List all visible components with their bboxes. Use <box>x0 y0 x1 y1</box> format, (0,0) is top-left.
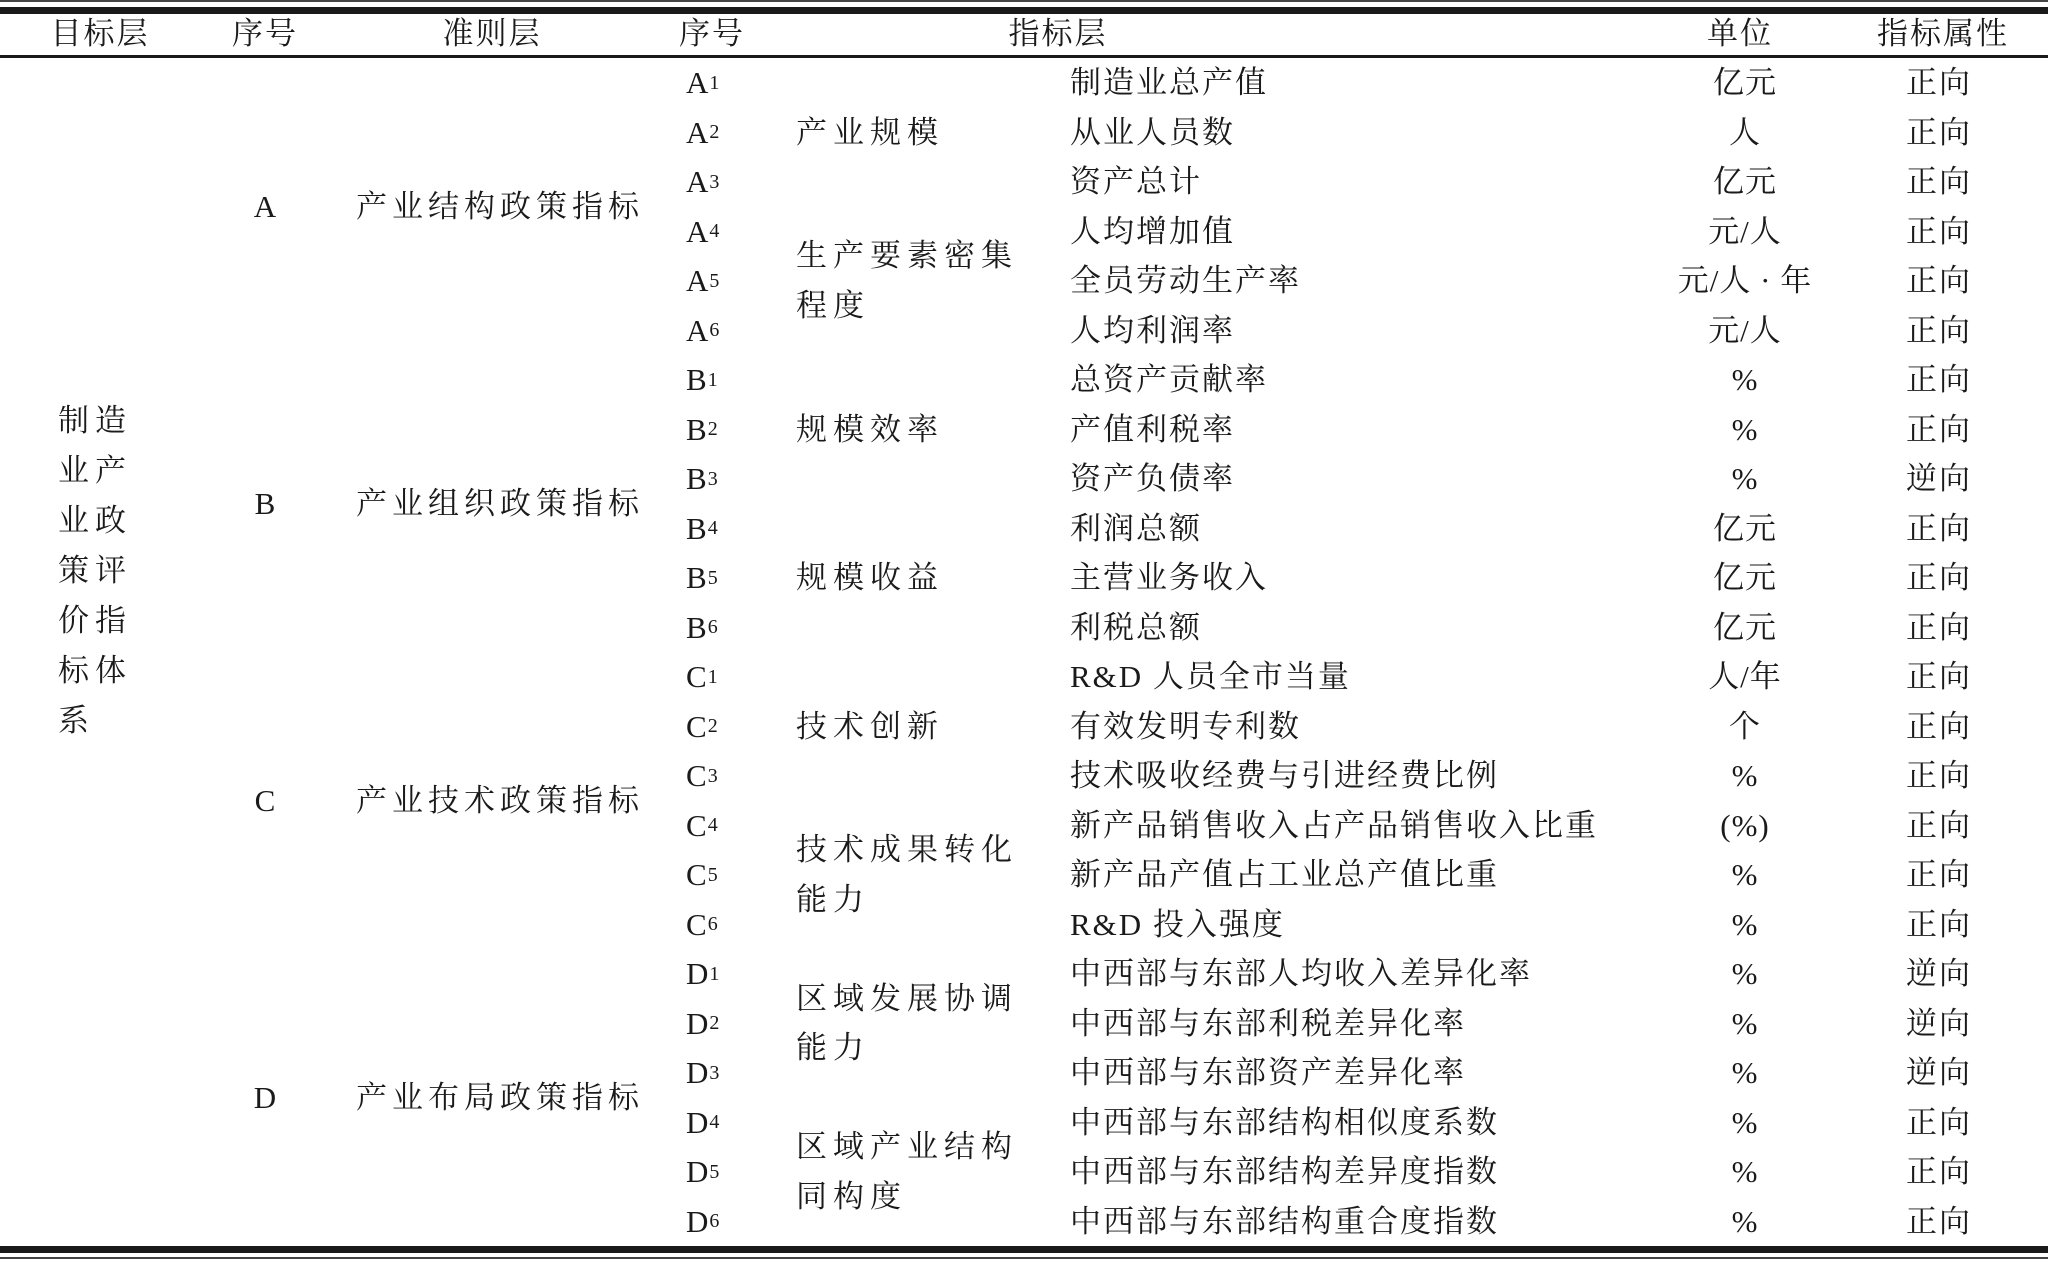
unit-value: 人/年 <box>1660 652 1830 702</box>
unit-value: % <box>1660 999 1830 1049</box>
indicator-system-table: 目标层 序号 准则层 序号 指标层 单位 指标属性 制造 业产 业政 策评 价指… <box>0 0 2048 1264</box>
unit-value: 亿元 <box>1660 157 1830 207</box>
attribute-value: 正向 <box>1830 652 2048 702</box>
unit-value: % <box>1660 900 1830 950</box>
attribute-value: 正向 <box>1830 751 2048 801</box>
attribute-value: 正向 <box>1830 603 2048 653</box>
indicator-name: 中西部与东部结构相似度系数 <box>1060 1098 1660 1148</box>
attribute-value: 正向 <box>1830 256 2048 306</box>
group-label: 规模效率 <box>780 355 1060 504</box>
unit-value: % <box>1660 355 1830 405</box>
indicator-code: A1 <box>660 58 780 108</box>
criterion-seq-b: B <box>190 355 340 652</box>
indicator-code: B3 <box>660 454 780 504</box>
table-body: 制造 业产 业政 策评 价指 标体 系 A 产业结构政策指标 B 产业组织政策指… <box>0 58 2048 1246</box>
attribute-value: 逆向 <box>1830 1048 2048 1098</box>
header-criterion-layer: 准则层 <box>443 17 542 51</box>
indicator-name: 利润总额 <box>1060 504 1660 554</box>
attribute-value: 正向 <box>1830 405 2048 455</box>
indicator-code: B1 <box>660 355 780 405</box>
group-label: 区域产业结构 同构度 <box>780 1098 1060 1247</box>
indicator-name: 新产品销售收入占产品销售收入比重 <box>1060 801 1660 851</box>
header-target-layer: 目标层 <box>51 17 150 51</box>
indicator-code: C4 <box>660 801 780 851</box>
indicator-code: C3 <box>660 751 780 801</box>
attribute-value: 正向 <box>1830 1098 2048 1148</box>
indicator-name: 主营业务收入 <box>1060 553 1660 603</box>
criterion-label-d: 产业布局政策指标 <box>340 949 660 1246</box>
header-indicator-layer: 指标层 <box>1009 17 1108 51</box>
bottom-thick-rule <box>0 1246 2048 1253</box>
unit-value: 亿元 <box>1660 504 1830 554</box>
unit-value: % <box>1660 1197 1830 1247</box>
indicator-code: D6 <box>660 1197 780 1247</box>
attribute-value: 正向 <box>1830 553 2048 603</box>
indicator-name: R&D 投入强度 <box>1060 900 1660 950</box>
indicator-name: 中西部与东部资产差异化率 <box>1060 1048 1660 1098</box>
top-thick-rule <box>0 7 2048 14</box>
attribute-value: 正向 <box>1830 850 2048 900</box>
criterion-seq-d: D <box>190 949 340 1246</box>
indicator-code: C5 <box>660 850 780 900</box>
unit-value: % <box>1660 751 1830 801</box>
criterion-label-b: 产业组织政策指标 <box>340 355 660 652</box>
criterion-seq-c: C <box>190 652 340 949</box>
header-attribute: 指标属性 <box>1877 17 2009 51</box>
indicator-name: 中西部与东部利税差异化率 <box>1060 999 1660 1049</box>
group-label: 区域发展协调 能力 <box>780 949 1060 1098</box>
indicator-name: 中西部与东部结构重合度指数 <box>1060 1197 1660 1247</box>
group-label: 技术创新 <box>780 652 1060 801</box>
criterion-label-c: 产业技术政策指标 <box>340 652 660 949</box>
indicator-name: 全员劳动生产率 <box>1060 256 1660 306</box>
unit-value: % <box>1660 850 1830 900</box>
attribute-value: 正向 <box>1830 108 2048 158</box>
unit-value: 元/人 <box>1660 306 1830 356</box>
indicator-name: 资产总计 <box>1060 157 1660 207</box>
unit-value: % <box>1660 949 1830 999</box>
unit-value: 元/人 · 年 <box>1660 256 1830 306</box>
indicator-code: B5 <box>660 553 780 603</box>
header-seq-2: 序号 <box>679 17 745 51</box>
target-layer-cell: 制造 业产 业政 策评 价指 标体 系 <box>0 58 190 1246</box>
indicator-name: 产值利税率 <box>1060 405 1660 455</box>
attribute-value: 正向 <box>1830 306 2048 356</box>
indicator-name: R&D 人员全市当量 <box>1060 652 1660 702</box>
indicator-code: A5 <box>660 256 780 306</box>
unit-value: 亿元 <box>1660 553 1830 603</box>
attribute-value: 正向 <box>1830 702 2048 752</box>
target-layer-text: 制造 业产 业政 策评 价指 标体 系 <box>58 396 132 746</box>
group-label: 技术成果转化 能力 <box>780 801 1060 950</box>
attribute-value: 正向 <box>1830 1147 2048 1197</box>
indicator-code: C2 <box>660 702 780 752</box>
indicator-name: 新产品产值占工业总产值比重 <box>1060 850 1660 900</box>
attribute-value: 正向 <box>1830 900 2048 950</box>
unit-value: % <box>1660 405 1830 455</box>
indicator-name: 利税总额 <box>1060 603 1660 653</box>
unit-value: 元/人 <box>1660 207 1830 257</box>
attribute-value: 正向 <box>1830 801 2048 851</box>
indicator-name: 人均利润率 <box>1060 306 1660 356</box>
indicator-code: D3 <box>660 1048 780 1098</box>
attribute-value: 正向 <box>1830 207 2048 257</box>
group-label: 规模收益 <box>780 504 1060 653</box>
indicator-name: 总资产贡献率 <box>1060 355 1660 405</box>
unit-value: 亿元 <box>1660 603 1830 653</box>
indicator-code: B6 <box>660 603 780 653</box>
indicator-code: D1 <box>660 949 780 999</box>
attribute-value: 正向 <box>1830 1197 2048 1247</box>
indicator-name: 人均增加值 <box>1060 207 1660 257</box>
unit-value: 个 <box>1660 702 1830 752</box>
indicator-name: 资产负债率 <box>1060 454 1660 504</box>
group-label: 产业规模 <box>780 58 1060 207</box>
unit-value: % <box>1660 1147 1830 1197</box>
attribute-value: 正向 <box>1830 58 2048 108</box>
indicator-name: 技术吸收经费与引进经费比例 <box>1060 751 1660 801</box>
criterion-seq-a: A <box>190 58 340 355</box>
indicator-code: C1 <box>660 652 780 702</box>
bottom-thin-rule <box>0 1257 2048 1259</box>
header-unit: 单位 <box>1707 17 1773 51</box>
indicator-code: B2 <box>660 405 780 455</box>
indicator-code: A3 <box>660 157 780 207</box>
header-seq-1: 序号 <box>232 17 298 51</box>
attribute-value: 正向 <box>1830 355 2048 405</box>
indicator-code: D5 <box>660 1147 780 1197</box>
attribute-value: 正向 <box>1830 157 2048 207</box>
indicator-code: D4 <box>660 1098 780 1148</box>
indicator-name: 制造业总产值 <box>1060 58 1660 108</box>
criterion-label-a: 产业结构政策指标 <box>340 58 660 355</box>
group-label: 生产要素密集 程度 <box>780 207 1060 356</box>
unit-value: % <box>1660 1098 1830 1148</box>
indicator-name: 有效发明专利数 <box>1060 702 1660 752</box>
attribute-value: 逆向 <box>1830 949 2048 999</box>
attribute-value: 逆向 <box>1830 454 2048 504</box>
indicator-code: C6 <box>660 900 780 950</box>
unit-value: 人 <box>1660 108 1830 158</box>
indicator-name: 中西部与东部人均收入差异化率 <box>1060 949 1660 999</box>
indicator-name: 从业人员数 <box>1060 108 1660 158</box>
unit-value: (%) <box>1660 801 1830 851</box>
unit-value: % <box>1660 454 1830 504</box>
attribute-value: 正向 <box>1830 504 2048 554</box>
attribute-value: 逆向 <box>1830 999 2048 1049</box>
indicator-code: A4 <box>660 207 780 257</box>
indicator-name: 中西部与东部结构差异度指数 <box>1060 1147 1660 1197</box>
indicator-code: A6 <box>660 306 780 356</box>
unit-value: 亿元 <box>1660 58 1830 108</box>
indicator-code: A2 <box>660 108 780 158</box>
unit-value: % <box>1660 1048 1830 1098</box>
indicator-code: D2 <box>660 999 780 1049</box>
indicator-code: B4 <box>660 504 780 554</box>
top-thin-rule <box>0 0 2048 2</box>
